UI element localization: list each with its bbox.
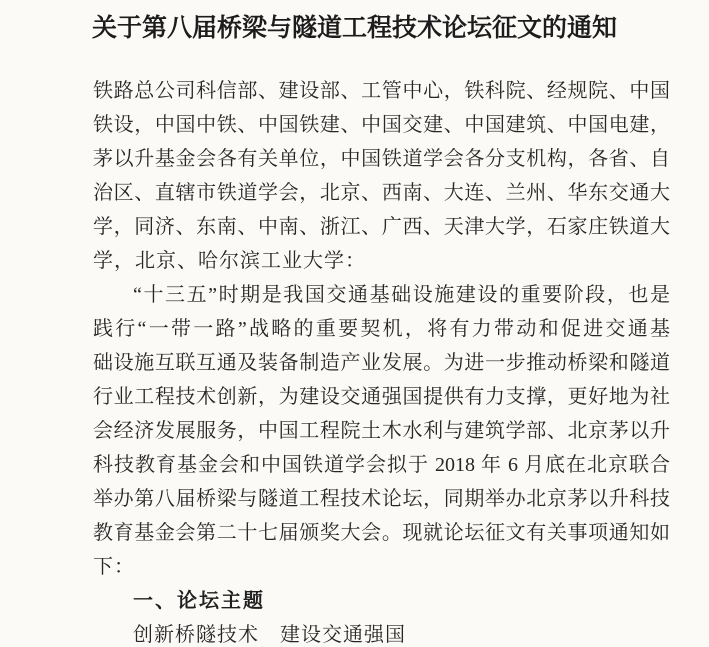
text-line: 下： [93,550,670,584]
text-line: 学，北京、哈尔滨工业大学： [93,244,670,278]
text-line: 铁设，中国中铁、中国铁建、中国交建、中国建筑、中国电建， [93,108,670,142]
text-line: 科技教育基金会和中国铁道学会拟于 2018 年 6 月底在北京联合 [93,448,670,482]
paragraph-intro: “十三五”时期是我国交通基础设施建设的重要阶段，也是践行“一带一路”战略的重要契… [93,278,670,584]
text-line: 学，同济、东南、中南、浙江、广西、天津大学，石家庄铁道大 [93,210,670,244]
text-line: 会经济发展服务，中国工程院土木水利与建筑学部、北京茅以升 [93,414,670,448]
paragraph-recipients: 铁路总公司科信部、建设部、工管中心，铁科院、经规院、中国铁设，中国中铁、中国铁建… [93,74,670,278]
section-heading: 一、论坛主题 [93,584,670,618]
text-line: 础设施互联互通及装备制造产业发展。为进一步推动桥梁和隧道 [93,346,670,380]
document-body: 铁路总公司科信部、建设部、工管中心，铁科院、经规院、中国铁设，中国中铁、中国铁建… [93,74,670,647]
text-line: 践行“一带一路”战略的重要契机，将有力带动和促进交通基 [93,312,670,346]
paragraphs-container: 铁路总公司科信部、建设部、工管中心，铁科院、经规院、中国铁设，中国中铁、中国铁建… [93,74,670,584]
text-line: 行业工程技术创新，为建设交通强国提供有力支撑，更好地为社 [93,380,670,414]
text-line: 治区、直辖市铁道学会，北京、西南、大连、兰州、华东交通大 [93,176,670,210]
forum-theme-section: 一、论坛主题 创新桥隧技术 建设交通强国 [93,584,670,647]
text-line: 茅以升基金会各有关单位，中国铁道学会各分支机构，各省、自 [93,142,670,176]
text-line: 举办第八届桥梁与隧道工程技术论坛，同期举办北京茅以升科技 [93,482,670,516]
text-line: 教育基金会第二十七届颁奖大会。现就论坛征文有关事项通知如 [93,516,670,550]
document-page: 关于第八届桥梁与隧道工程技术论坛征文的通知 铁路总公司科信部、建设部、工管中心，… [0,0,709,647]
forum-theme: 创新桥隧技术 建设交通强国 [93,618,670,647]
text-line: “十三五”时期是我国交通基础设施建设的重要阶段，也是 [93,278,670,312]
text-line: 铁路总公司科信部、建设部、工管中心，铁科院、经规院、中国 [93,74,670,108]
document-title: 关于第八届桥梁与隧道工程技术论坛征文的通知 [0,10,709,48]
